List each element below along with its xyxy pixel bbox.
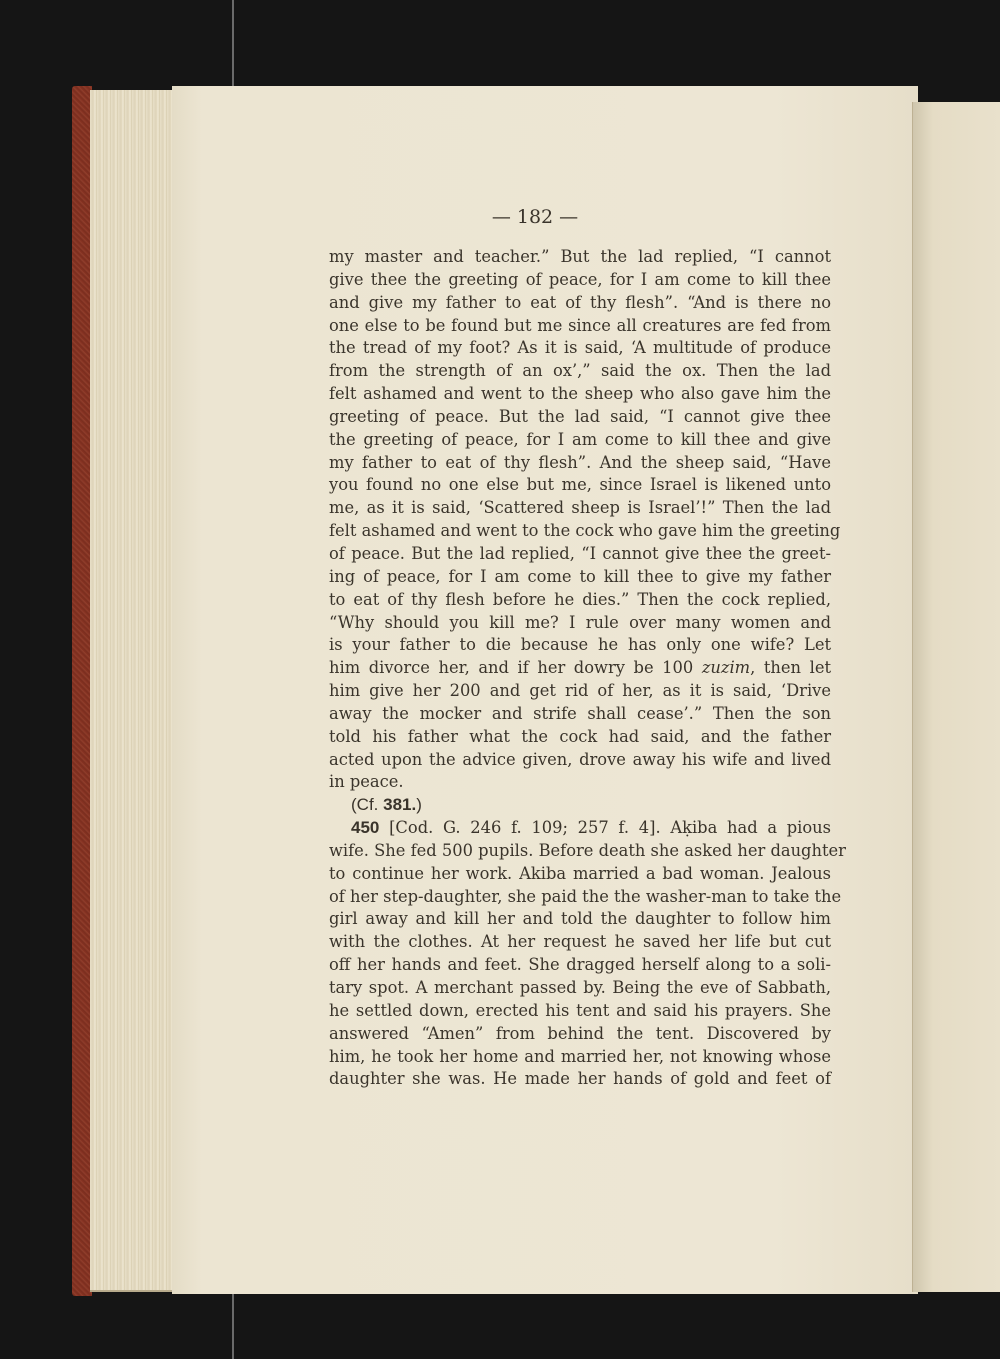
text-line: and give my father to eat of thy flesh”.… bbox=[329, 292, 831, 315]
text-line: he settled down, erected his tent and sa… bbox=[329, 1000, 831, 1023]
text-line: him give her 200 and get rid of her, as … bbox=[329, 680, 831, 703]
text-line: my master and teacher.” But the lad repl… bbox=[329, 246, 831, 269]
page-edges bbox=[90, 90, 178, 1292]
text-line: off her hands and feet. She dragged hers… bbox=[329, 954, 831, 977]
text-line: give thee the greeting of peace, for I a… bbox=[329, 269, 831, 292]
cross-ref-number: 381. bbox=[383, 795, 416, 814]
text-line: with the clothes. At her request he save… bbox=[329, 931, 831, 954]
entry-number: 450 bbox=[351, 818, 379, 837]
text-line: of her step-daughter, she paid the the w… bbox=[329, 886, 831, 909]
cross-ref-suffix: ) bbox=[416, 795, 422, 814]
text-line: away the mocker and strife shall cease’.… bbox=[329, 703, 831, 726]
text-line: is your father to die because he has onl… bbox=[329, 634, 831, 657]
text-line: felt ashamed and went to the cock who ga… bbox=[329, 520, 831, 543]
text-line: answered “Amen” from behind the tent. Di… bbox=[329, 1023, 831, 1046]
text-line: felt ashamed and went to the sheep who a… bbox=[329, 383, 831, 406]
cross-ref-prefix: (Cf. bbox=[351, 795, 383, 814]
text-line-zuzim: him divorce her, and if her dowry be 100… bbox=[329, 657, 831, 680]
text-line: you found no one else but me, since Isra… bbox=[329, 474, 831, 497]
text-segment: him divorce her, and if her dowry be 100 bbox=[329, 658, 702, 677]
text-line: my father to eat of thy flesh”. And the … bbox=[329, 452, 831, 475]
text-line: of peace. But the lad replied, “I cannot… bbox=[329, 543, 831, 566]
entry-first-line: 450 [Cod. G. 246 f. 109; 257 f. 4]. Aḳib… bbox=[329, 817, 831, 840]
page-number: — 182 — bbox=[435, 206, 635, 228]
text-line: wife. She fed 500 pupils. Before death s… bbox=[329, 840, 831, 863]
text-line: “Why should you kill me? I rule over man… bbox=[329, 612, 831, 635]
text-line: from the strength of an ox’,” said the o… bbox=[329, 360, 831, 383]
text-line: ing of peace, for I am come to kill thee… bbox=[329, 566, 831, 589]
text-line: told his father what the cock had said, … bbox=[329, 726, 831, 749]
text-line: to continue her work. Akiba married a ba… bbox=[329, 863, 831, 886]
text-line: to eat of thy flesh before he dies.” The… bbox=[329, 589, 831, 612]
text-line: in peace. bbox=[329, 771, 831, 794]
text-line: one else to be found but me since all cr… bbox=[329, 315, 831, 338]
facing-page-edge bbox=[912, 102, 1000, 1292]
page-body-text: my master and teacher.” But the lad repl… bbox=[329, 246, 831, 1091]
cross-reference: (Cf. 381.) bbox=[329, 794, 831, 817]
text-line: the greeting of peace, for I am come to … bbox=[329, 429, 831, 452]
book-cover-edge bbox=[72, 86, 92, 1296]
text-segment: , then let bbox=[750, 658, 831, 677]
text-line: me, as it is said, ‘Scattered sheep is I… bbox=[329, 497, 831, 520]
text-line: greeting of peace. But the lad said, “I … bbox=[329, 406, 831, 429]
text-line: daughter she was. He made her hands of g… bbox=[329, 1068, 831, 1091]
entry-source: [Cod. G. 246 f. 109; 257 f. 4]. Aḳiba ha… bbox=[379, 818, 831, 837]
text-line: girl away and kill her and told the daug… bbox=[329, 908, 831, 931]
text-line: acted upon the advice given, drove away … bbox=[329, 749, 831, 772]
text-line: tary spot. A merchant passed by. Being t… bbox=[329, 977, 831, 1000]
text-line: the tread of my foot? As it is said, ‘A … bbox=[329, 337, 831, 360]
italic-term: zuzim bbox=[702, 658, 750, 677]
text-line: him, he took her home and married her, n… bbox=[329, 1046, 831, 1069]
